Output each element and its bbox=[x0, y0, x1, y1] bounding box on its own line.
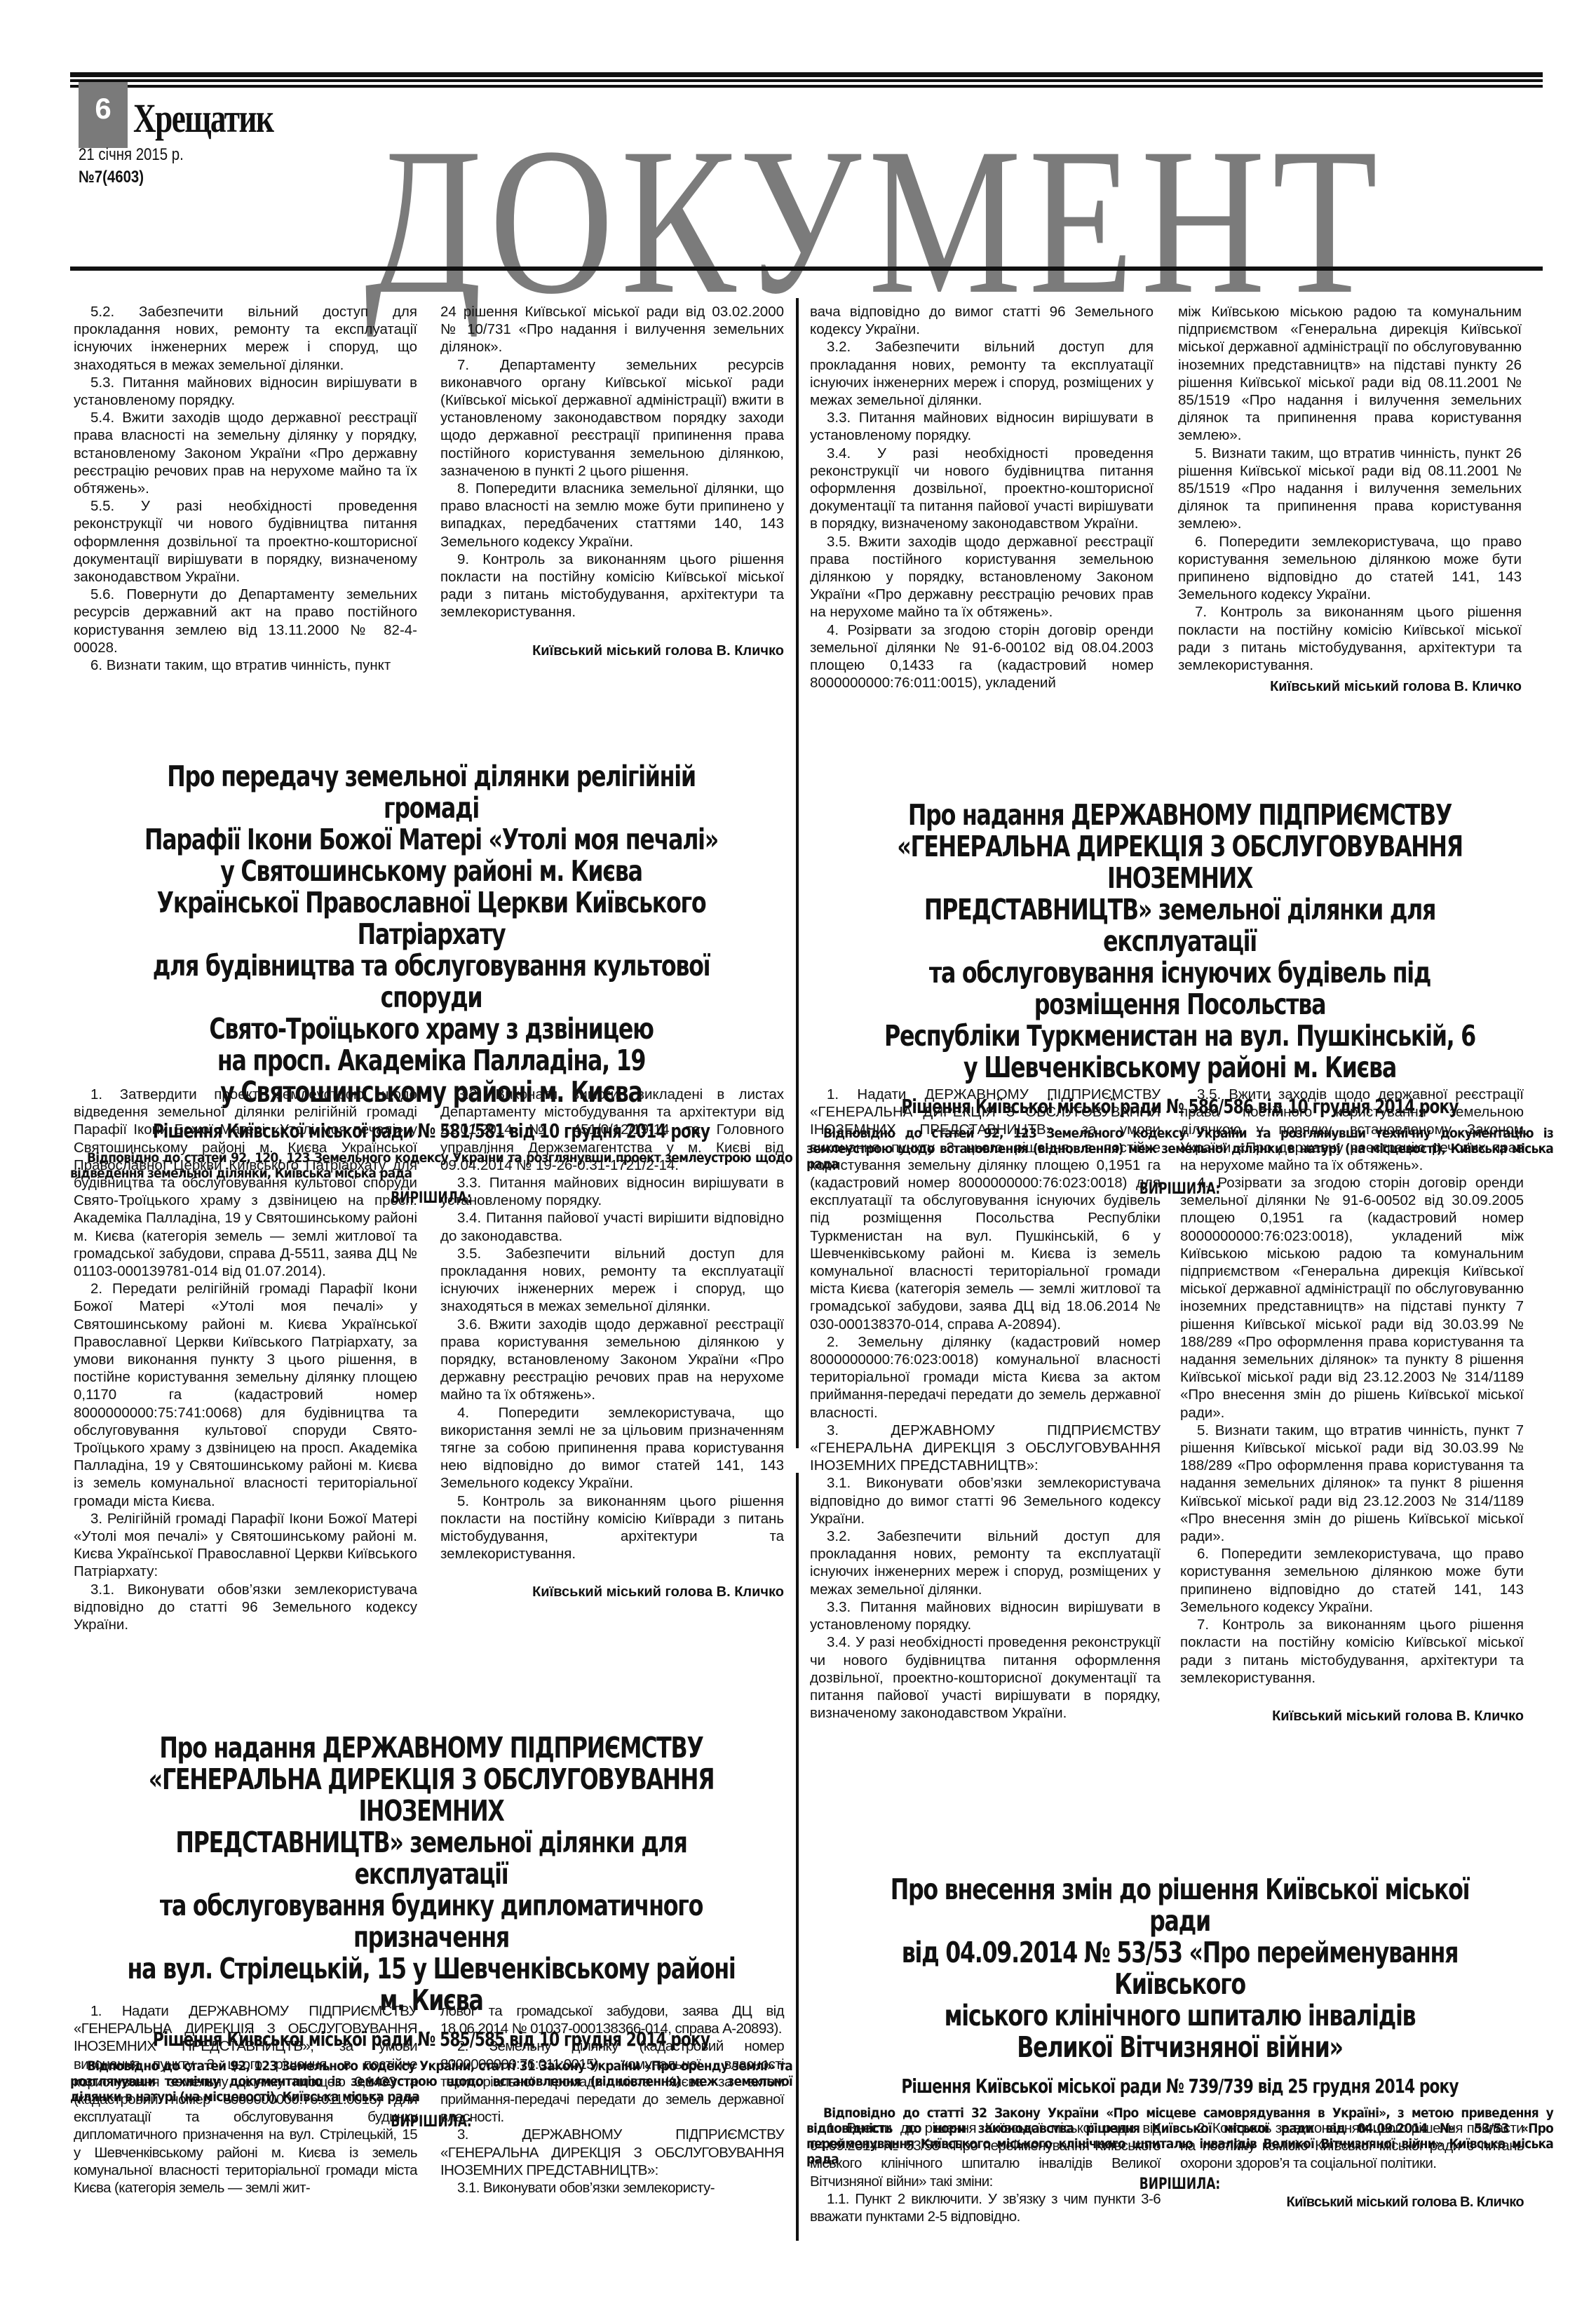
article-4-col-2: 2. Контроль за виконанням цього рішення … bbox=[1180, 2119, 1524, 2211]
paragraph: 8. Попередити власника земельної ділянки… bbox=[440, 480, 784, 551]
signature: Київський міський голова В. Кличко bbox=[1180, 2194, 1524, 2211]
paragraph: 1. Затвердити проект землеустрою щодо ві… bbox=[74, 1086, 417, 1280]
signature: Київський міський голова В. Кличко bbox=[1180, 1708, 1524, 1725]
title-line: Української Православної Церкви Київсько… bbox=[121, 887, 742, 950]
paragraph: 6. Попередити землекористувача, що право… bbox=[1180, 1545, 1524, 1616]
masthead-rule-top-1 bbox=[70, 72, 1543, 77]
paragraph: 3.3. Питання майнових відносин вирішуват… bbox=[810, 1598, 1161, 1633]
title-line: ПРЕДСТАВНИЦТВ» земельної ділянки для екс… bbox=[121, 1827, 742, 1890]
paragraph: 3.5. Забезпечити вільний доступ для прок… bbox=[440, 1245, 784, 1316]
paragraph: 3.4. У разі необхідності проведення реко… bbox=[810, 445, 1154, 533]
title-line: «ГЕНЕРАЛЬНА ДИРЕКЦІЯ З ОБСЛУГОВУВАННЯ ІН… bbox=[859, 831, 1501, 894]
masthead-rule-bottom bbox=[70, 267, 1543, 271]
paragraph: 2. Контроль за виконанням цього рішення … bbox=[1180, 2119, 1524, 2173]
title-line: Про передачу земельної ділянки релігійні… bbox=[121, 761, 742, 824]
title-line: у Шевченківському районі м. Києва bbox=[859, 1052, 1501, 1084]
paragraph: 1. Надати ДЕРЖАВНОМУ ПІДПРИЄМСТВУ «ГЕНЕР… bbox=[74, 2002, 417, 2197]
signature: Київський міський голова В. Кличко bbox=[1178, 678, 1522, 696]
paragraph: 3. Релігійній громаді Парафії Ікони Божо… bbox=[74, 1510, 417, 1581]
column-divider bbox=[796, 1473, 799, 2241]
paragraph: 3.1. Виконувати обов’язки землекористува… bbox=[74, 1581, 417, 1634]
paragraph: між Київською міською радою та комунальн… bbox=[1178, 303, 1522, 445]
column-divider bbox=[796, 298, 799, 1448]
paragraph: 5. Контроль за виконанням цього рішення … bbox=[440, 1492, 784, 1563]
title-line: «ГЕНЕРАЛЬНА ДИРЕКЦІЯ З ОБСЛУГОВУВАННЯ ІН… bbox=[121, 1764, 742, 1827]
paragraph: 1. Надати ДЕРЖАВНОМУ ПІДПРИЄМСТВУ «ГЕНЕР… bbox=[810, 1086, 1161, 1333]
paragraph: 5.5. У разі необхідності проведення реко… bbox=[74, 497, 417, 586]
title-line: у Святошинському районі м. Києва bbox=[121, 856, 742, 887]
title-line: Свято-Троїцького храму з дзвіницею bbox=[121, 1013, 742, 1045]
article-title: Про надання ДЕРЖАВНОМУ ПІДПРИЄМСТВУ «ГЕН… bbox=[121, 1732, 742, 2016]
paragraph: 3.4. Питання пайової участі вирішити від… bbox=[440, 1209, 784, 1244]
paragraph: 3.6. Вжити заходів щодо державної реєстр… bbox=[440, 1316, 784, 1404]
article-title: Про внесення змін до рішення Київської м… bbox=[859, 1874, 1501, 2063]
title-line: від 04.09.2014 № 53/53 «Про перейменуван… bbox=[859, 1937, 1501, 2000]
signature: Київський міський голова В. Кличко bbox=[440, 1584, 784, 1601]
article-2-col-1: 1. Надати ДЕРЖАВНОМУ ПІДПРИЄМСТВУ «ГЕНЕР… bbox=[74, 2002, 417, 2197]
top-col-2: 24 рішення Київської міської ради від 03… bbox=[440, 303, 784, 660]
paragraph: 5.4. Вжити заходів щодо державної реєстр… bbox=[74, 409, 417, 497]
paragraph: 5.6. Повернути до Департаменту земельних… bbox=[74, 586, 417, 656]
paragraph: 24 рішення Київської міської ради від 03… bbox=[440, 303, 784, 356]
paragraph: 5.3. Питання майнових відносин вирішуват… bbox=[74, 374, 417, 409]
title-line: Про надання ДЕРЖАВНОМУ ПІДПРИЄМСТВУ bbox=[859, 800, 1501, 831]
dateline: 21 січня 2015 р. №7(4603) bbox=[79, 144, 184, 189]
paragraph: 3. ДЕРЖАВНОМУ ПІДПРИЄМСТВУ «ГЕНЕРАЛЬНА Д… bbox=[810, 1422, 1161, 1475]
paragraph: 5. Визнати таким, що втратив чинність, п… bbox=[1178, 445, 1522, 533]
section-title: ДОКУМЕНТ bbox=[365, 116, 1384, 326]
paragraph: 2. Земельну ділянку (кадастровий номер 8… bbox=[810, 1333, 1161, 1422]
paragraph: 3.5. Вжити заходів щодо державної реєстр… bbox=[810, 533, 1154, 621]
paragraph: 5.2. Забезпечити вільний доступ для прок… bbox=[74, 303, 417, 374]
paragraph: 3.2. Забезпечити вільний доступ для прок… bbox=[810, 1527, 1161, 1598]
article-3-col-1: 1. Надати ДЕРЖАВНОМУ ПІДПРИЄМСТВУ «ГЕНЕР… bbox=[810, 1086, 1161, 1722]
paragraph: 5. Визнати таким, що втратив чинність, п… bbox=[1180, 1422, 1524, 1545]
paragraph: вача відповідно до вимог статті 96 Земел… bbox=[810, 303, 1154, 338]
paragraph: 2. Передати релігійній громаді Парафії І… bbox=[74, 1280, 417, 1510]
title-line: та обслуговування будинку дипломатичного… bbox=[121, 1890, 742, 1953]
article-title: Про надання ДЕРЖАВНОМУ ПІДПРИЄМСТВУ «ГЕН… bbox=[859, 800, 1501, 1084]
article-3-col-2: 3.5. Вжити заходів щодо державної реєстр… bbox=[1180, 1086, 1524, 1725]
paragraph: лової та громадської забудови, заява ДЦ … bbox=[440, 2002, 784, 2037]
paragraph: 7. Департаменту земельних ресурсів викон… bbox=[440, 356, 784, 480]
paragraph: 2. Земельну ділянку (кадастровий номер 8… bbox=[440, 2037, 784, 2126]
article-2-col-2: лової та громадської забудови, заява ДЦ … bbox=[440, 2002, 784, 2197]
article-1-col-1: 1. Затвердити проект землеустрою щодо ві… bbox=[74, 1086, 417, 1633]
title-line: Республіки Туркменистан на вул. Пушкінсь… bbox=[859, 1020, 1501, 1052]
paragraph: 9. Контроль за виконанням цього рішення … bbox=[440, 551, 784, 621]
article-1-col-2: 3.2. Виконати вимоги, викладені в листах… bbox=[440, 1086, 784, 1602]
paragraph: 3.5. Вжити заходів щодо державної реєстр… bbox=[1180, 1086, 1524, 1174]
paragraph: 7. Контроль за виконанням цього рішення … bbox=[1180, 1616, 1524, 1687]
paragraph: 3.4. У разі необхідності проведення реко… bbox=[810, 1633, 1161, 1722]
paragraph: 1. Внести до рішення Київської міської р… bbox=[810, 2119, 1161, 2190]
paragraph: 3.2. Виконати вимоги, викладені в листах… bbox=[440, 1086, 784, 1174]
newspaper-logo: Хрещатик bbox=[133, 95, 273, 142]
issue-date: 21 січня 2015 р. bbox=[79, 144, 184, 166]
paragraph: 3.2. Забезпечити вільний доступ для прок… bbox=[810, 338, 1154, 409]
title-line: ПРЕДСТАВНИЦТВ» земельної ділянки для екс… bbox=[859, 894, 1501, 957]
page-number: 6 bbox=[79, 82, 128, 148]
top-col-4: між Київською міською радою та комунальн… bbox=[1178, 303, 1522, 696]
masthead-rule-top-3 bbox=[70, 85, 1543, 88]
masthead-rule-top-2 bbox=[70, 79, 1543, 82]
title-line: на просп. Академіка Палладіна, 19 bbox=[121, 1045, 742, 1077]
paragraph: 4. Розірвати за згодою сторін договір ор… bbox=[1180, 1174, 1524, 1422]
paragraph: 7. Контроль за виконанням цього рішення … bbox=[1178, 603, 1522, 674]
top-col-3: вача відповідно до вимог статті 96 Земел… bbox=[810, 303, 1154, 692]
paragraph: 3.3. Питання майнових відносин вирішуват… bbox=[810, 409, 1154, 444]
issue-number: №7(4603) bbox=[79, 166, 184, 189]
title-line: міського клінічного шпиталю інвалідів bbox=[859, 2000, 1501, 2032]
decision-number: Рішення Київської міської ради № 739/739… bbox=[859, 2075, 1501, 2098]
title-line: Парафії Ікони Божої Матері «Утолі моя пе… bbox=[121, 824, 742, 856]
title-line: та обслуговування існуючих будівель під … bbox=[859, 957, 1501, 1020]
paragraph: 1.1. Пункт 2 виключити. У зв’язку з чим … bbox=[810, 2190, 1161, 2225]
article-4-col-1: 1. Внести до рішення Київської міської р… bbox=[810, 2119, 1161, 2225]
paragraph: 6. Визнати таким, що втратив чинність, п… bbox=[74, 656, 417, 674]
paragraph: 3.1. Виконувати обов’язки землекористува… bbox=[810, 1474, 1161, 1527]
paragraph: 4. Розірвати за згодою сторін договір ор… bbox=[810, 621, 1154, 692]
title-line: Про внесення змін до рішення Київської м… bbox=[859, 1874, 1501, 1937]
title-line: Про надання ДЕРЖАВНОМУ ПІДПРИЄМСТВУ bbox=[121, 1732, 742, 1764]
paragraph: 3.1. Виконувати обов’язки землекористу- bbox=[440, 2179, 784, 2197]
signature: Київський міський голова В. Кличко bbox=[440, 642, 784, 660]
top-col-1: 5.2. Забезпечити вільний доступ для прок… bbox=[74, 303, 417, 674]
page-number-text: 6 bbox=[95, 92, 111, 126]
paragraph: 3. ДЕРЖАВНОМУ ПІДПРИЄМСТВУ «ГЕНЕРАЛЬНА Д… bbox=[440, 2126, 784, 2179]
title-line: Великої Вітчизняної війни» bbox=[859, 2032, 1501, 2063]
paragraph: 6. Попередити землекористувача, що право… bbox=[1178, 533, 1522, 604]
paragraph: 3.3. Питання майнових відносин вирішуват… bbox=[440, 1174, 784, 1209]
article-title: Про передачу земельної ділянки релігійні… bbox=[121, 761, 742, 1108]
title-line: для будівництва та обслуговування культо… bbox=[121, 950, 742, 1013]
paragraph: 4. Попередити землекористувача, що викор… bbox=[440, 1404, 784, 1492]
